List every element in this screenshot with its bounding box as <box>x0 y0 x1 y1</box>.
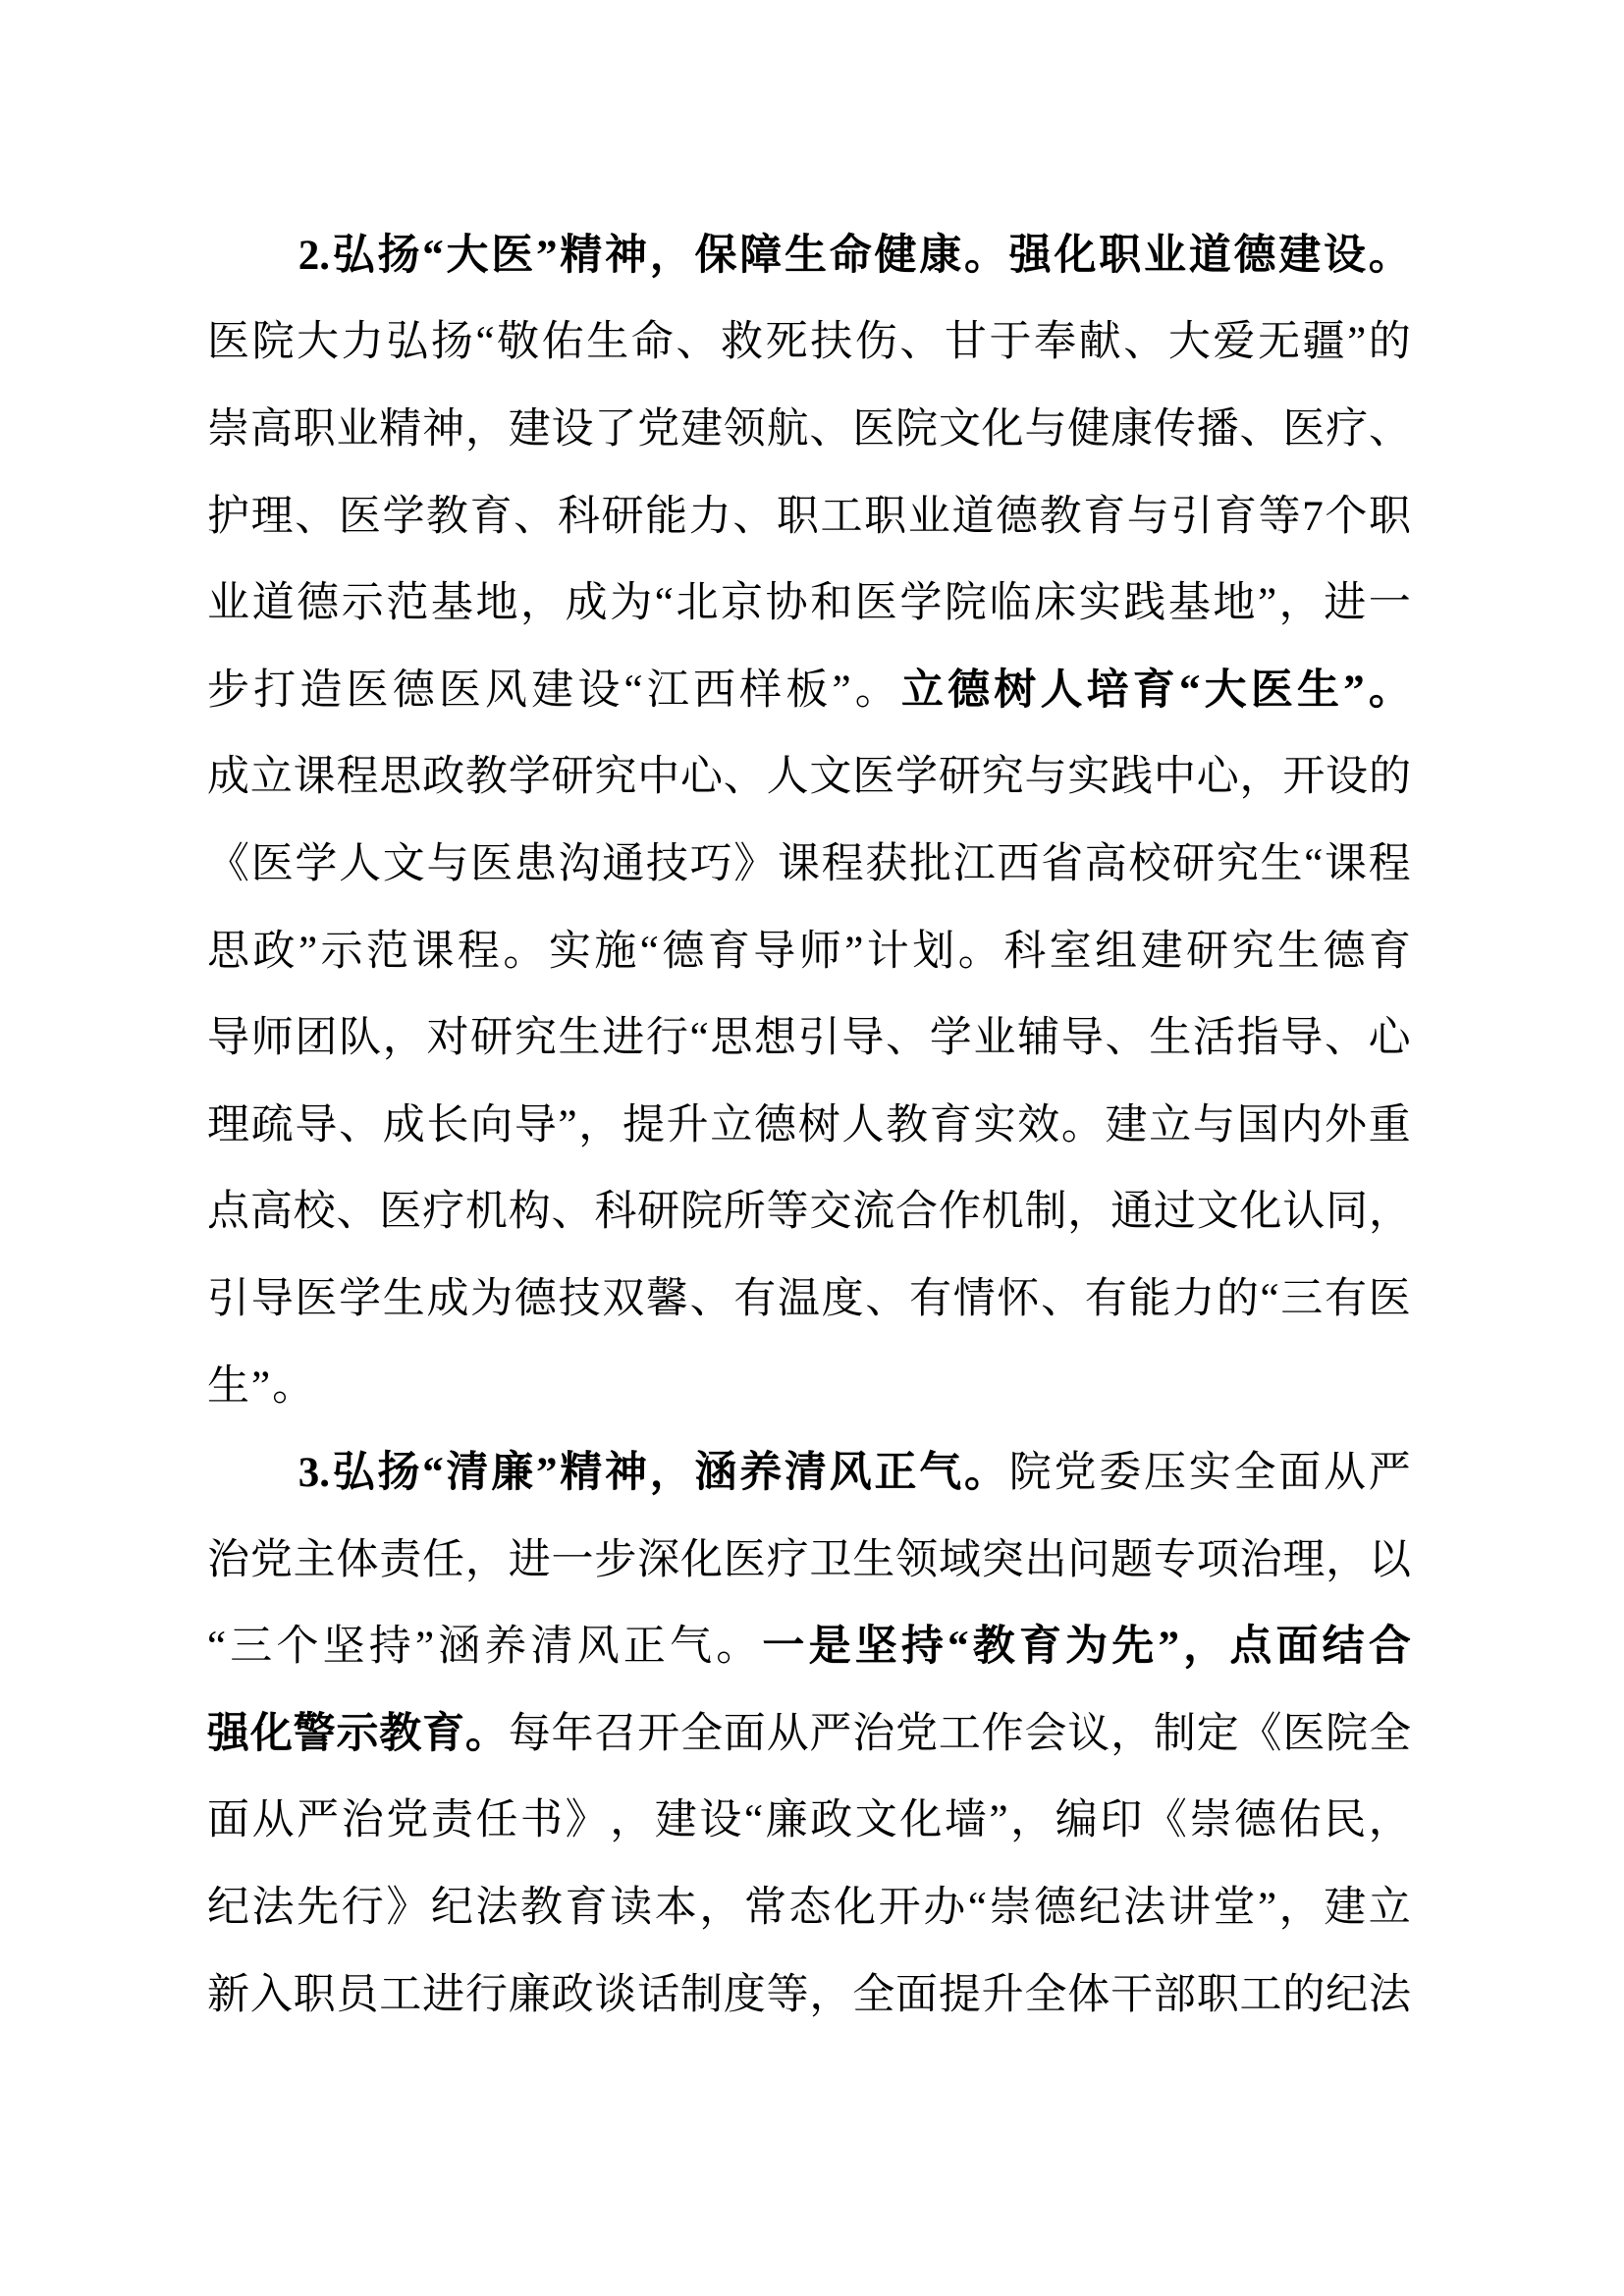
char: 本 <box>655 1887 697 1929</box>
char: 化 <box>899 1799 942 1842</box>
char: 。 <box>964 1452 1006 1494</box>
char: 究 <box>514 1017 557 1059</box>
char: 体 <box>1067 1974 1110 2016</box>
char: ， <box>1240 756 1282 798</box>
char: 与 <box>1024 408 1066 451</box>
char: 疏 <box>251 1104 294 1147</box>
char: 打 <box>253 669 296 712</box>
char: 进 <box>1324 582 1366 624</box>
char: 人 <box>339 843 381 885</box>
char: 佑 <box>1279 1799 1322 1842</box>
char: 板 <box>785 669 828 712</box>
char: 先 <box>1111 1626 1154 1668</box>
char: 健 <box>875 235 917 277</box>
char: 程 <box>1369 843 1411 885</box>
char: 责 <box>379 1539 421 1581</box>
char: 医 <box>855 582 897 624</box>
char: 政 <box>810 1799 852 1842</box>
char: 度 <box>822 1278 864 1320</box>
char: 精 <box>379 408 421 451</box>
char: 态 <box>789 1887 832 1929</box>
char: 培 <box>1087 669 1129 712</box>
char: 作 <box>982 1713 1024 1755</box>
char: 。 <box>503 931 545 973</box>
char: 学 <box>339 1278 381 1320</box>
char: 。 <box>1369 235 1411 277</box>
char: 高 <box>250 1191 293 1233</box>
char: 议 <box>1067 1713 1110 1755</box>
char: 践 <box>1110 756 1153 798</box>
char: 强 <box>1009 235 1052 277</box>
char: 。 <box>855 669 897 712</box>
char: 领 <box>895 1539 938 1581</box>
char: 域 <box>939 1539 981 1581</box>
char: 全 <box>1369 1713 1411 1755</box>
char: 生 <box>785 235 827 277</box>
char: 研 <box>601 496 643 538</box>
char: 《 <box>1240 1713 1282 1755</box>
char: ” <box>844 931 863 973</box>
text-line: 理疏导、成长向导”，提升立德树人教育实效。建立与国内外重 <box>207 1082 1411 1169</box>
char: “ <box>1304 843 1323 885</box>
char: 范 <box>366 931 408 973</box>
char: 涵 <box>438 1626 480 1668</box>
char: 医 <box>852 756 894 798</box>
char: 养 <box>739 1452 782 1494</box>
char: 奉 <box>1034 321 1076 363</box>
char: 机 <box>465 1191 508 1233</box>
char: 党 <box>895 1713 938 1755</box>
char: 题 <box>1110 1539 1153 1581</box>
char: ” <box>1258 1887 1276 1929</box>
char: 作 <box>939 1191 981 1233</box>
char: ” <box>1343 669 1365 712</box>
char: 育 <box>1133 669 1175 712</box>
char: 精 <box>560 1452 602 1494</box>
char: 崇 <box>207 408 249 451</box>
char: 学 <box>930 1017 972 1059</box>
char: 院 <box>680 1191 723 1233</box>
char: 、 <box>1325 1017 1367 1059</box>
char: 高 <box>250 408 293 451</box>
char: 、 <box>1106 1017 1148 1059</box>
char: ， <box>1183 1626 1225 1668</box>
char: ， <box>465 408 508 451</box>
char: 研 <box>1186 931 1228 973</box>
char: 与 <box>1193 1104 1235 1147</box>
char: 正 <box>623 1626 666 1668</box>
char: 提 <box>939 1974 981 2016</box>
char: 生 <box>207 1365 251 1408</box>
char: 民 <box>1324 1799 1366 1842</box>
char: 结 <box>1323 1626 1365 1668</box>
char: 等 <box>767 1191 809 1233</box>
char: 长 <box>426 1104 468 1147</box>
char: 建 <box>531 669 573 712</box>
char: 划 <box>912 931 954 973</box>
char: 同 <box>1326 1191 1368 1233</box>
char: 严 <box>809 1713 851 1755</box>
char: 职 <box>777 496 819 538</box>
char: 德 <box>996 496 1038 538</box>
char: 纪 <box>207 1887 249 1929</box>
char: 职 <box>294 408 336 451</box>
char: 清 <box>785 1452 827 1494</box>
char: 的 <box>1369 756 1411 798</box>
char: 教 <box>465 756 508 798</box>
char: 点 <box>1229 1626 1272 1668</box>
char: 康 <box>1110 408 1153 451</box>
char: 、 <box>1123 321 1165 363</box>
char: 育 <box>930 1104 972 1147</box>
char: 以 <box>1369 1539 1411 1581</box>
document-page: 2.弘扬“大医”精神，保障生命健康。强化职业道德建设。医院大力弘扬“敬佑生命、救… <box>0 0 1624 2296</box>
char: 育 <box>1215 496 1257 538</box>
char: 全 <box>852 1974 894 2016</box>
char: 治 <box>342 1799 384 1842</box>
char: 建 <box>1106 1104 1148 1147</box>
char: 临 <box>990 582 1032 624</box>
char: 、 <box>514 496 556 538</box>
char: 有 <box>1085 1278 1127 1320</box>
text-line: “三个坚持”涵养清风正气。一是坚持“教育为先”，点面结合 <box>207 1604 1411 1691</box>
char: 双 <box>602 1278 644 1320</box>
char: 医 <box>295 1278 337 1320</box>
char: 业 <box>908 496 950 538</box>
char: 治 <box>852 1713 894 1755</box>
char: ， <box>1369 1799 1411 1842</box>
document-body: 2.弘扬“大医”精神，保障生命健康。强化职业道德建设。医院大力弘扬“敬佑生命、救… <box>207 212 1411 2038</box>
char: 康 <box>919 235 961 277</box>
char: 医 <box>1251 669 1293 712</box>
char: 北 <box>676 582 718 624</box>
char: 合 <box>895 1191 938 1233</box>
char: 建 <box>1278 235 1321 277</box>
char: 道 <box>252 582 295 624</box>
char: 、 <box>886 1017 928 1059</box>
char: 温 <box>778 1278 820 1320</box>
char: 教 <box>426 496 468 538</box>
char: 德 <box>662 931 704 973</box>
char: 书 <box>520 1799 563 1842</box>
char: 常 <box>744 1887 786 1929</box>
char: 正 <box>875 1452 917 1494</box>
char: 等 <box>1259 496 1301 538</box>
char: ， <box>1279 1887 1322 1929</box>
char: ， <box>1067 1191 1110 1233</box>
char: “ <box>947 1626 969 1668</box>
char: 成 <box>566 582 608 624</box>
char: 年 <box>552 1713 594 1755</box>
char: 重 <box>1369 1104 1411 1147</box>
char: 人 <box>841 1104 884 1147</box>
char: 设 <box>1326 756 1368 798</box>
char: 文 <box>1197 1191 1239 1233</box>
char: 。 <box>1369 669 1411 712</box>
char: 德 <box>1034 1887 1076 1929</box>
char: 、 <box>732 496 775 538</box>
char: ， <box>1010 1799 1053 1842</box>
char: 力 <box>342 321 384 363</box>
char: 设 <box>1324 235 1366 277</box>
char: 外 <box>1325 1104 1367 1147</box>
char: 、 <box>295 496 337 538</box>
char: 持 <box>369 1626 411 1668</box>
char: 医 <box>470 843 513 885</box>
char: ， <box>1110 1713 1153 1755</box>
char: 生 <box>852 1539 894 1581</box>
char: ” <box>415 1626 434 1668</box>
char: 生 <box>383 1278 425 1320</box>
char: 纪 <box>1326 1974 1368 2016</box>
char: 文 <box>939 408 981 451</box>
char: 一 <box>1369 582 1411 624</box>
char: 谈 <box>594 1974 636 2016</box>
char: 命 <box>830 235 872 277</box>
char: ” <box>536 1452 558 1494</box>
char: 实 <box>1067 756 1110 798</box>
char: 风 <box>577 1626 620 1668</box>
char: 养 <box>484 1626 526 1668</box>
char: 制 <box>1154 1713 1196 1755</box>
char: 成 <box>426 1278 468 1320</box>
text-line: 纪法先行》纪法教育读本，常态化开办“崇德纪法讲堂”，建立 <box>207 1864 1411 1951</box>
char: 究 <box>1217 843 1259 885</box>
char: 面 <box>1278 1452 1321 1494</box>
char: 育 <box>1083 496 1125 538</box>
char: 沟 <box>559 843 601 885</box>
char: 道 <box>951 496 994 538</box>
char: 基 <box>1168 582 1211 624</box>
char: ” <box>298 931 317 973</box>
char: 样 <box>739 669 782 712</box>
char: 有 <box>1325 1278 1367 1320</box>
char: ， <box>1326 1539 1368 1581</box>
char: 命 <box>631 321 674 363</box>
char: 有 <box>909 1278 951 1320</box>
char: 指 <box>1237 1017 1279 1059</box>
char: 召 <box>594 1713 636 1755</box>
char: 法 <box>252 1887 295 1929</box>
text-line: 3.弘扬“清廉”精神，涵养清风正气。院党委压实全面从严 <box>207 1429 1411 1517</box>
char: 院 <box>895 408 938 451</box>
char: 、 <box>724 756 766 798</box>
text-line: 崇高职业精神，建设了党建领航、医院文化与健康传播、医疗、 <box>207 386 1411 473</box>
char: 计 <box>867 931 909 973</box>
char: 传 <box>1154 408 1196 451</box>
char: 是 <box>809 1626 851 1668</box>
char: 部 <box>1154 1974 1196 2016</box>
char: 崇 <box>1189 1799 1231 1842</box>
char: 工 <box>939 1713 981 1755</box>
char: 疗 <box>767 1539 809 1581</box>
char: 通 <box>1110 1191 1153 1233</box>
char: 德 <box>393 669 435 712</box>
char: 技 <box>646 843 688 885</box>
char: 研 <box>637 1191 679 1233</box>
char: 育 <box>1019 1626 1061 1668</box>
char: “ <box>744 1799 763 1842</box>
char: 工 <box>821 496 863 538</box>
char: 批 <box>909 843 951 885</box>
char: 持 <box>901 1626 944 1668</box>
char: 的 <box>1282 1974 1325 2016</box>
char: 党 <box>250 1539 293 1581</box>
char: 医 <box>1282 408 1325 451</box>
char: 患 <box>514 843 557 885</box>
char: 科 <box>1003 931 1046 973</box>
char: 步 <box>207 669 249 712</box>
char: 学 <box>382 496 424 538</box>
char: 神 <box>422 408 464 451</box>
char: 设 <box>577 669 620 712</box>
char: 团 <box>295 1017 337 1059</box>
char: 三 <box>230 1626 272 1668</box>
text-line: 业道德示范基地，成为“北京协和医学院临床实践基地”，进一 <box>207 560 1411 647</box>
char: 扬 <box>378 1452 420 1494</box>
char: 大 <box>297 321 339 363</box>
char: 升 <box>982 1974 1024 2016</box>
char: 德 <box>754 1104 796 1147</box>
char: 导 <box>753 931 795 973</box>
char: 建 <box>509 408 551 451</box>
char: 工 <box>379 1974 421 2016</box>
char: 理 <box>251 496 294 538</box>
char: 能 <box>645 496 687 538</box>
char: 护 <box>207 496 249 538</box>
char: 导 <box>251 1278 294 1320</box>
text-line: 强化警示教育。每年召开全面从严治党工作会议，制定《医院全 <box>207 1690 1411 1778</box>
char: 突 <box>982 1539 1024 1581</box>
char: 所 <box>724 1191 766 1233</box>
char: 造 <box>299 669 342 712</box>
char: 点 <box>207 1191 249 1233</box>
char: 、 <box>1041 1278 1083 1320</box>
char: 活 <box>1193 1017 1235 1059</box>
text-line: 护理、医学教育、科研能力、职工职业道德教育与引育等7个职 <box>207 473 1411 561</box>
char: 机 <box>982 1191 1024 1233</box>
char: 领 <box>724 408 766 451</box>
char: 敬 <box>497 321 539 363</box>
char: 实 <box>1189 1452 1231 1494</box>
char: 协 <box>766 582 808 624</box>
char: 导 <box>207 1017 249 1059</box>
char: 体 <box>336 1539 378 1581</box>
char: 德 <box>297 582 339 624</box>
char: ， <box>809 1974 851 2016</box>
char: 治 <box>1240 1539 1282 1581</box>
char: 内 <box>1280 1104 1323 1147</box>
char: 施 <box>594 931 636 973</box>
char: 制 <box>1024 1191 1066 1233</box>
char: 墙 <box>945 1799 987 1842</box>
char: 任 <box>422 1539 464 1581</box>
char: 国 <box>1237 1104 1279 1147</box>
char: 导 <box>1280 1017 1323 1059</box>
char: 。 <box>465 1713 508 1755</box>
char: 践 <box>1123 582 1165 624</box>
char: 。 <box>716 1626 758 1668</box>
char: 西 <box>693 669 735 712</box>
char: 示 <box>321 931 363 973</box>
char: 。 <box>1061 1104 1104 1147</box>
char: 学 <box>295 843 337 885</box>
char: 范 <box>386 582 428 624</box>
char: 获 <box>865 843 907 885</box>
char: ， <box>383 1017 425 1059</box>
char: ， <box>1279 582 1322 624</box>
char: “ <box>640 931 659 973</box>
char: 步 <box>594 1539 636 1581</box>
text-line: 点高校、医疗机构、科研院所等交流合作机制，通过文化认同， <box>207 1169 1411 1256</box>
char: 究 <box>594 756 636 798</box>
char: 医 <box>1369 1278 1411 1320</box>
char: 化 <box>982 408 1024 451</box>
char: 定 <box>1197 1713 1239 1755</box>
char: 课 <box>411 931 454 973</box>
char: 设 <box>552 408 594 451</box>
char: 课 <box>294 756 336 798</box>
text-line: 面从严治党责任书》，建设“廉政文化墙”，编印《崇德佑民， <box>207 1778 1411 1865</box>
char: 》 <box>733 843 776 885</box>
char: 障 <box>739 235 782 277</box>
char: 、 <box>339 1104 381 1147</box>
char: 基 <box>431 582 473 624</box>
char: 构 <box>509 1191 551 1233</box>
char: 思 <box>710 1017 752 1059</box>
char: 辅 <box>1017 1017 1059 1059</box>
char: 效 <box>1017 1104 1059 1147</box>
char: 航 <box>767 408 809 451</box>
char: 化 <box>1240 1191 1282 1233</box>
char: 生 <box>559 1017 601 1059</box>
char: “ <box>422 1452 444 1494</box>
char: 疗 <box>422 1191 464 1233</box>
char: ” <box>536 235 558 277</box>
char: 化 <box>1055 235 1097 277</box>
char: 研 <box>939 756 981 798</box>
char: 面 <box>895 1974 938 2016</box>
char: 业 <box>973 1017 1015 1059</box>
char: 实 <box>549 931 591 973</box>
char: 从 <box>767 1713 809 1755</box>
char: 责 <box>431 1799 473 1842</box>
char: 心 <box>1369 1017 1411 1059</box>
char: 严 <box>1369 1452 1411 1494</box>
char: 研 <box>1172 843 1215 885</box>
char: ， <box>650 1452 692 1494</box>
char: 的 <box>1369 321 1411 363</box>
char: 职 <box>294 1974 336 2016</box>
char: 江 <box>647 669 689 712</box>
char: 医 <box>339 496 381 538</box>
char: 中 <box>637 756 679 798</box>
char: 建 <box>655 1799 697 1842</box>
char: 面 <box>207 1799 249 1842</box>
char: 教 <box>886 1104 928 1147</box>
char: 、 <box>336 1191 378 1233</box>
char: 为 <box>470 1278 513 1320</box>
char: 床 <box>1034 582 1076 624</box>
char: 风 <box>830 1452 872 1494</box>
char: 每 <box>509 1713 551 1755</box>
char: 面 <box>1275 1626 1318 1668</box>
char: 弘 <box>333 235 375 277</box>
char: 地 <box>475 582 517 624</box>
char: 坚 <box>323 1626 365 1668</box>
char: 导 <box>514 1104 557 1147</box>
char: 廉 <box>491 1452 533 1494</box>
